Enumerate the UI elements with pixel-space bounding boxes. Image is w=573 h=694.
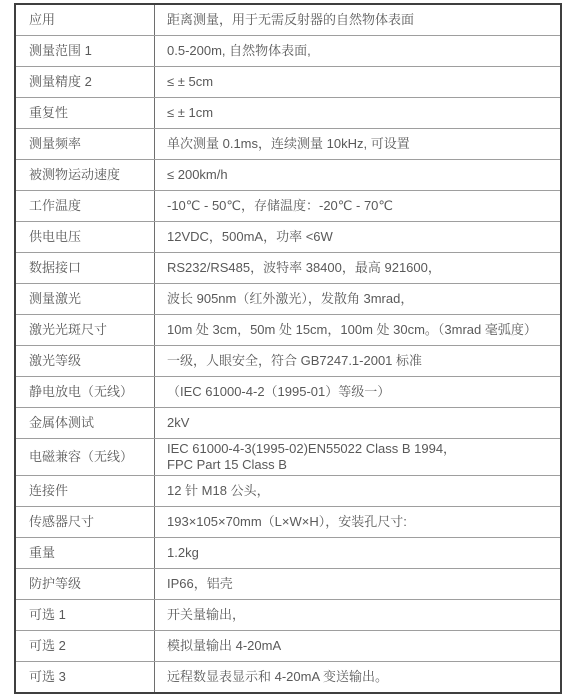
spec-value: RS232/RS485，波特率 38400，最高 921600，	[155, 253, 562, 284]
spec-table: 应用 距离测量，用于无需反射器的自然物体表面 测量范围 1 0.5-200m, …	[14, 3, 562, 694]
spec-value: 193×105×70mm（L×W×H），安装孔尺寸:	[155, 507, 562, 538]
table-row: 测量范围 1 0.5-200m, 自然物体表面,	[15, 36, 561, 67]
spec-value: IP66，铝壳	[155, 569, 562, 600]
table-row: 重量 1.2kg	[15, 538, 561, 569]
spec-label: 数据接口	[15, 253, 155, 284]
spec-value: 2kV	[155, 408, 562, 439]
spec-value: 10m 处 3cm，50m 处 15cm，100m 处 30cm。（3mrad …	[155, 315, 562, 346]
spec-label: 防护等级	[15, 569, 155, 600]
spec-label: 重量	[15, 538, 155, 569]
table-row: 测量精度 2 ≤ ± 5cm	[15, 67, 561, 98]
spec-label: 激光等级	[15, 346, 155, 377]
spec-value: 距离测量，用于无需反射器的自然物体表面	[155, 4, 562, 36]
spec-value: ≤ ± 5cm	[155, 67, 562, 98]
spec-label: 工作温度	[15, 191, 155, 222]
table-row: 可选 3 远程数显表显示和 4-20mA 变送输出。	[15, 662, 561, 694]
table-row: 测量激光 波长 905nm（红外激光），发散角 3mrad，	[15, 284, 561, 315]
table-row: 被测物运动速度 ≤ 200km/h	[15, 160, 561, 191]
table-row: 供电电压 12VDC，500mA，功率 <6W	[15, 222, 561, 253]
spec-label: 测量激光	[15, 284, 155, 315]
table-row: 传感器尺寸 193×105×70mm（L×W×H），安装孔尺寸:	[15, 507, 561, 538]
spec-label: 测量频率	[15, 129, 155, 160]
table-row: 金属体测试 2kV	[15, 408, 561, 439]
spec-value: 12 针 M18 公头，	[155, 476, 562, 507]
table-row: 重复性 ≤ ± 1cm	[15, 98, 561, 129]
spec-value: 12VDC，500mA，功率 <6W	[155, 222, 562, 253]
table-row: 激光等级 一级，人眼安全，符合 GB7247.1-2001 标准	[15, 346, 561, 377]
spec-label: 测量范围 1	[15, 36, 155, 67]
table-row: 工作温度 -10℃ - 50℃，存储温度：-20℃ - 70℃	[15, 191, 561, 222]
spec-label: 金属体测试	[15, 408, 155, 439]
table-row: 激光光斑尺寸 10m 处 3cm，50m 处 15cm，100m 处 30cm。…	[15, 315, 561, 346]
spec-label: 重复性	[15, 98, 155, 129]
spec-value: 模拟量输出 4-20mA	[155, 631, 562, 662]
table-row: 电磁兼容（无线） IEC 61000-4-3(1995-02)EN55022 C…	[15, 439, 561, 476]
spec-value: ≤ ± 1cm	[155, 98, 562, 129]
table-row: 防护等级 IP66，铝壳	[15, 569, 561, 600]
spec-value: 波长 905nm（红外激光），发散角 3mrad，	[155, 284, 562, 315]
spec-value: 一级，人眼安全，符合 GB7247.1-2001 标准	[155, 346, 562, 377]
table-row: 数据接口 RS232/RS485，波特率 38400，最高 921600，	[15, 253, 561, 284]
spec-value: 单次测量 0.1ms，连续测量 10kHz, 可设置	[155, 129, 562, 160]
spec-label: 静电放电（无线）	[15, 377, 155, 408]
spec-value: 远程数显表显示和 4-20mA 变送输出。	[155, 662, 562, 694]
spec-label: 测量精度 2	[15, 67, 155, 98]
spec-sheet: 应用 距离测量，用于无需反射器的自然物体表面 测量范围 1 0.5-200m, …	[14, 3, 562, 694]
spec-label: 激光光斑尺寸	[15, 315, 155, 346]
spec-value: IEC 61000-4-3(1995-02)EN55022 Class B 19…	[155, 439, 562, 476]
spec-value: -10℃ - 50℃，存储温度：-20℃ - 70℃	[155, 191, 562, 222]
table-row: 静电放电（无线） （IEC 61000-4-2（1995-01）等级一）	[15, 377, 561, 408]
spec-label: 供电电压	[15, 222, 155, 253]
spec-label: 应用	[15, 4, 155, 36]
spec-label: 可选 3	[15, 662, 155, 694]
table-row: 连接件 12 针 M18 公头，	[15, 476, 561, 507]
spec-label: 电磁兼容（无线）	[15, 439, 155, 476]
spec-value: ≤ 200km/h	[155, 160, 562, 191]
spec-value: 1.2kg	[155, 538, 562, 569]
table-row: 可选 2 模拟量输出 4-20mA	[15, 631, 561, 662]
spec-label: 可选 2	[15, 631, 155, 662]
spec-label: 传感器尺寸	[15, 507, 155, 538]
spec-value: （IEC 61000-4-2（1995-01）等级一）	[155, 377, 562, 408]
table-row: 应用 距离测量，用于无需反射器的自然物体表面	[15, 4, 561, 36]
table-row: 测量频率 单次测量 0.1ms，连续测量 10kHz, 可设置	[15, 129, 561, 160]
spec-label: 被测物运动速度	[15, 160, 155, 191]
spec-label: 连接件	[15, 476, 155, 507]
spec-value: 0.5-200m, 自然物体表面,	[155, 36, 562, 67]
